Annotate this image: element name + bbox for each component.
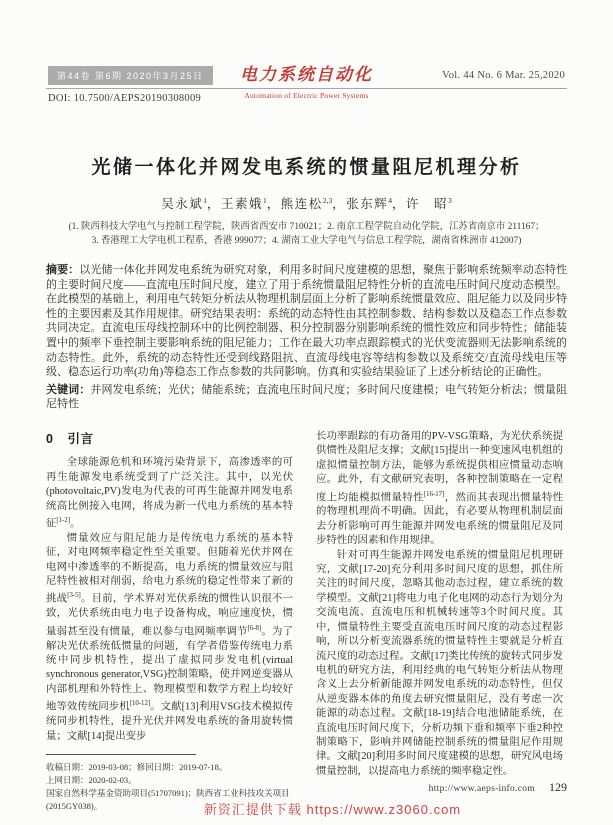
journal-logo: 电力系统自动化 Automation of Electric Power Sys… (239, 60, 373, 103)
section-number: 0 (46, 432, 53, 446)
section-heading-intro: 0引言 (46, 432, 293, 446)
footnote-received: 收稿日期：2019-03-08；修回日期：2019-07-18。 (46, 761, 293, 774)
journal-url: http://www.aeps-info.com (429, 784, 535, 794)
footnote-online: 上网日期：2020-02-03。 (46, 774, 293, 787)
abstract-text: 以光储一体化并网发电系统为研究对象，利用多时间尺度建模的思想，聚焦于影响系统频率… (46, 264, 567, 378)
left-column: 0引言 全球能源危机和环境污染背景下，高渗透率的可再生能源发电系统受到了广泛关注… (46, 430, 293, 813)
page-number: 129 (549, 780, 567, 795)
keywords-label: 关键词： (46, 384, 90, 396)
paragraph: 针对可再生能源并网发电系统的惯量阻尼机理研究，文献[17-20]充分利用多时间尺… (316, 549, 563, 780)
paragraph: 全球能源危机和环境污染背景下，高渗透率的可再生能源发电系统受到了广泛关注。其中，… (46, 456, 293, 532)
section-title: 引言 (67, 432, 93, 446)
article-title: 光储一体化并网发电系统的惯量阻尼机理分析 (46, 152, 567, 179)
affiliation-line: (1. 陕西科技大学电气与控制工程学院，陕西省西安市 710021；2. 南京工… (46, 220, 567, 234)
watermark-text: 新资汇提供下载 https://www.z3060.com (204, 802, 461, 817)
affiliations: (1. 陕西科技大学电气与控制工程学院，陕西省西安市 710021；2. 南京工… (46, 220, 567, 248)
paragraph: 惯量效应与阻尼能力是传统电力系统的基本特征，对电网频率稳定性至关重要。但随着光伏… (46, 532, 293, 744)
keywords-text: 并网发电系统；光伏；储能系统；直流电压时间尺度；多时间尺度建模；电气转矩分析法；… (46, 384, 567, 411)
author: 王素娥1， (221, 197, 281, 211)
affiliation-line: 3. 香港理工大学电机工程系，香港 999077；4. 湖南工业大学电气与信息工… (46, 234, 567, 248)
journal-name-cn: 电力系统自动化 (239, 60, 373, 85)
author: 张东辉4， (346, 197, 406, 211)
page-footer: http://www.aeps-info.com 129 (429, 780, 567, 795)
right-column: 长功率跟踪的有功备用的PV-VSG策略，为光伏系统提供惯性及阻尼支撑；文献[15… (316, 430, 563, 813)
body-columns: 0引言 全球能源危机和环境污染背景下，高渗透率的可再生能源发电系统受到了广泛关注… (46, 430, 567, 813)
keywords: 关键词：并网发电系统；光伏；储能系统；直流电压时间尺度；多时间尺度建模；电气转矩… (46, 383, 567, 412)
author: 熊连松2,3， (281, 197, 346, 211)
issue-info-badge: 第44卷 第6期 2020年3月25日 (48, 66, 213, 85)
download-watermark: 新资汇提供下载 https://www.z3060.com (0, 799, 613, 819)
footnote-rule (46, 754, 196, 755)
journal-header: 第44卷 第6期 2020年3月25日 DOI: 10.7500/AEPS201… (46, 64, 567, 108)
abstract: 摘要：以光储一体化并网发电系统为研究对象，利用多时间尺度建模的思想，聚焦于影响系… (46, 263, 567, 380)
author: 吴永斌1， (161, 197, 221, 211)
paragraph: 长功率跟踪的有功备用的PV-VSG策略，为光伏系统提供惯性及阻尼支撑；文献[15… (316, 430, 563, 549)
author: 许 昭3 (406, 197, 452, 211)
doi-text: DOI: 10.7500/AEPS20190308009 (48, 93, 201, 104)
author-line: 吴永斌1，王素娥1，熊连松2,3，张东辉4，许 昭3 (46, 194, 567, 212)
paper-page: 第44卷 第6期 2020年3月25日 DOI: 10.7500/AEPS201… (0, 0, 613, 825)
abstract-label: 摘要： (46, 264, 79, 276)
volume-info: Vol. 44 No. 6 Mar. 25,2020 (442, 70, 565, 81)
journal-name-en: Automation of Electric Power Systems (239, 91, 373, 100)
